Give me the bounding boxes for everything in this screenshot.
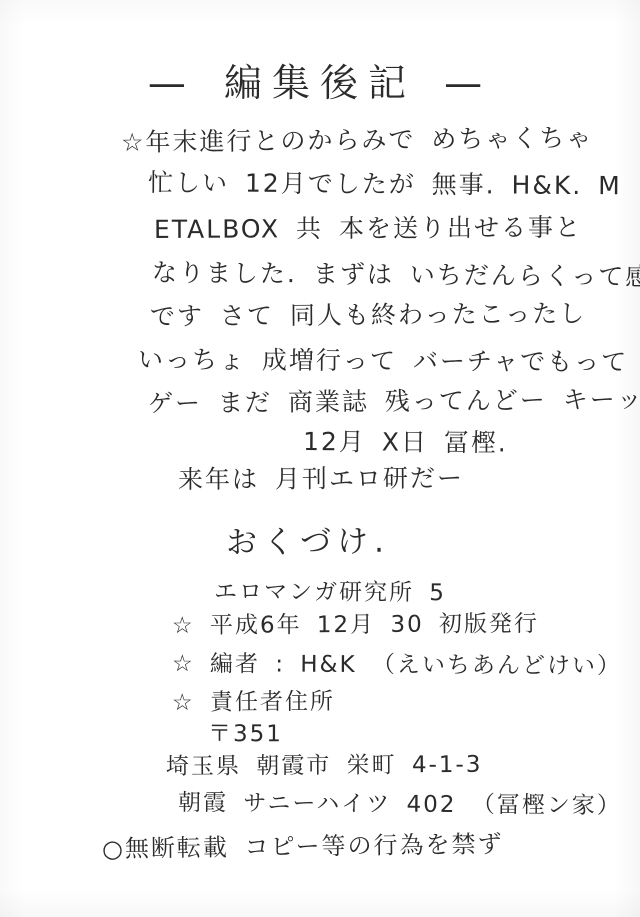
address-line: 埼玉県 朝霞市 栄町 4-1-3 [166, 752, 483, 781]
postal-code: 〒351 [208, 721, 283, 748]
afterword-line: ☆年末進行とのからみで めちゃくちゃ [121, 124, 594, 158]
afterword-line: ETALBOX 共 本を送り出せる事と [154, 214, 582, 245]
afterword-line: いっちょ 成増行って バーチャでもって [138, 346, 628, 377]
afterword-line: 来年は 月刊エロ研だー [178, 465, 464, 495]
page-title: — 編集後記 — [0, 62, 640, 106]
publication-date-line: ☆ 平成6年 12月 30 初版発行 [172, 611, 539, 639]
afterword-line: 忙しい 12月でしたが 無事. H&K. M [148, 169, 622, 201]
copyright-notice: ○無断転載 コピー等の行為を禁ず [102, 831, 504, 863]
address-label: ☆ 責任者住所 [172, 689, 335, 717]
scanned-afterword-page: — 編集後記 — ☆年末進行とのからみで めちゃくちゃ 忙しい 12月でしたが … [0, 0, 640, 917]
afterword-signature-line: 12月 X日 冨樫. [303, 428, 508, 458]
editor-line: ☆ 編者 : H&K （えいちあんどけい） [172, 651, 622, 680]
afterword-line: です さて 同人も終わったこったし [150, 300, 586, 332]
afterword-line: なりました. まずは いちだんらくって感じ [152, 259, 640, 292]
series-title: エロマンガ研究所 5 [214, 579, 446, 607]
address-line: 朝霞 サニーハイツ 402 （冨樫ン家） [178, 790, 622, 820]
colophon-heading: おくづけ. [226, 525, 390, 562]
afterword-line: ゲー まだ 商業誌 残ってんどー キーッ [148, 386, 640, 419]
